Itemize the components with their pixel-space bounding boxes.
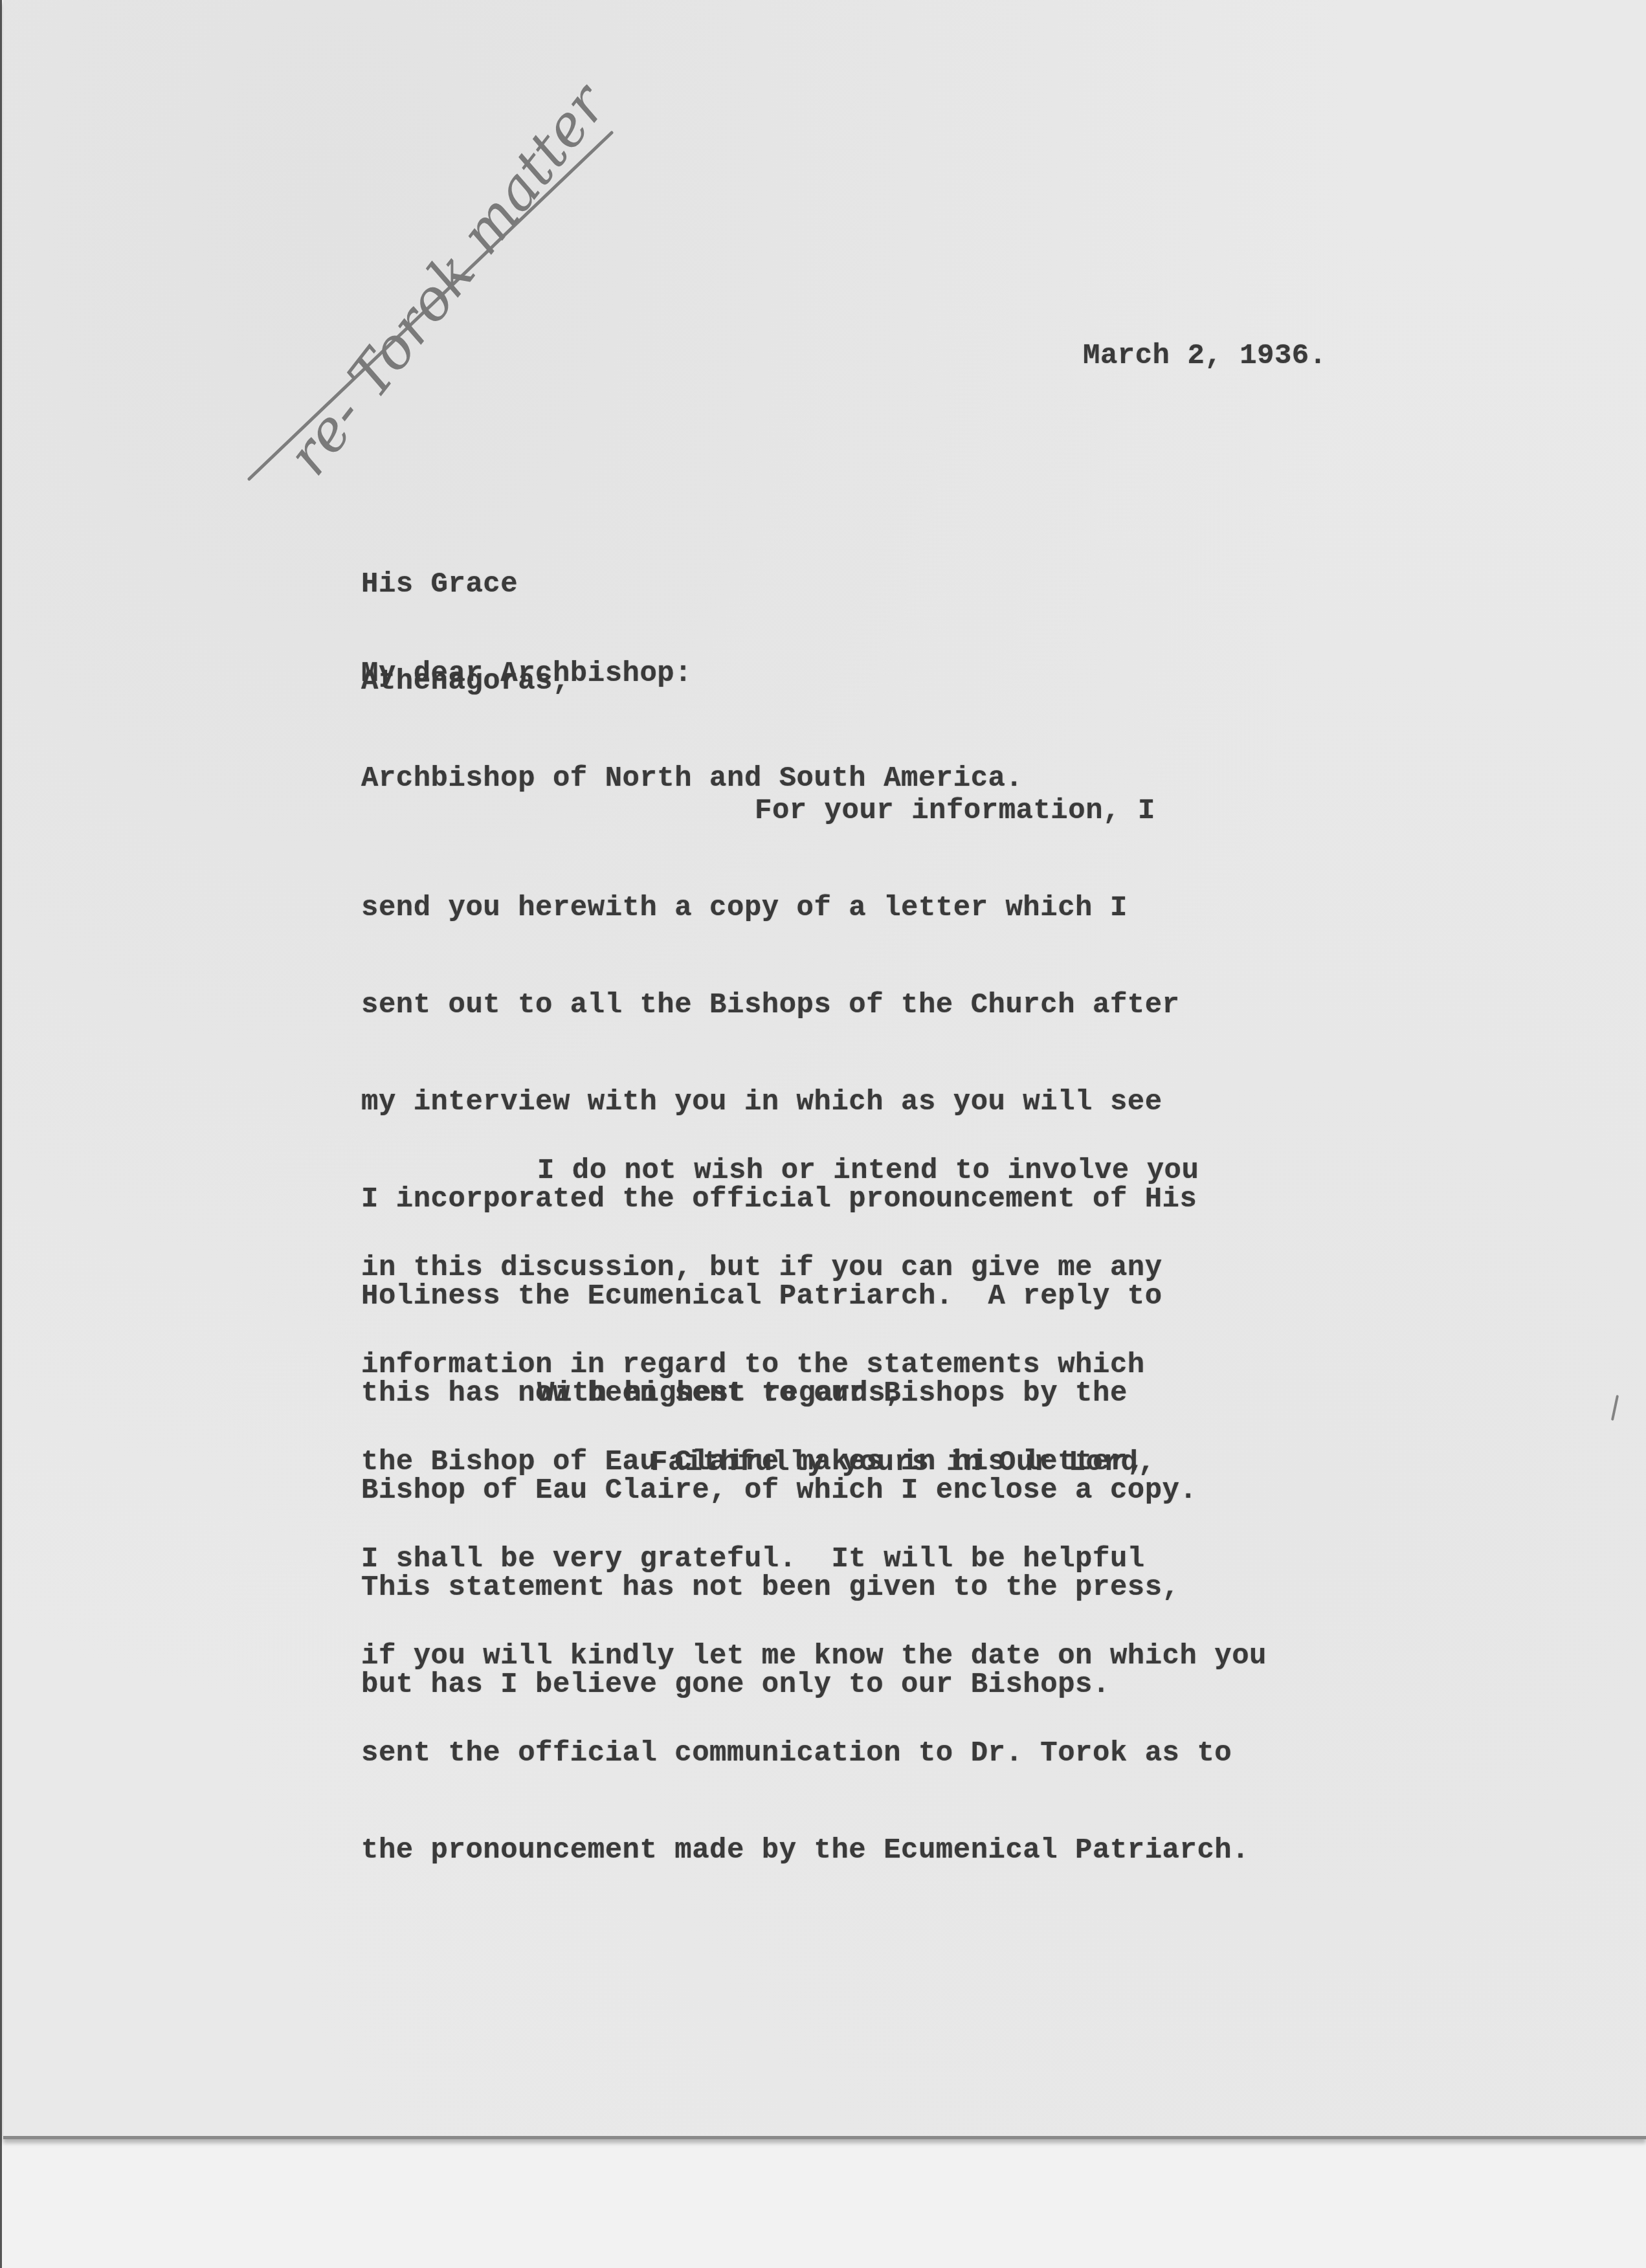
closing: With highest regards, xyxy=(537,1377,903,1410)
text-line: sent out to all the Bishops of the Churc… xyxy=(361,989,1197,1021)
scanner-edge xyxy=(0,0,2,2268)
handwritten-annotation: re- Torok matter xyxy=(178,117,631,492)
text-line: I shall be very grateful. It will be hel… xyxy=(361,1543,1267,1575)
letter-page: re- Torok matter March 2, 1936. His Grac… xyxy=(3,0,1646,2139)
text-line: send you herewith a copy of a letter whi… xyxy=(361,892,1197,924)
text-line: I do not wish or intend to involve you xyxy=(361,1155,1267,1187)
text-line: if you will kindly let me know the date … xyxy=(361,1640,1267,1673)
text-line: For your information, I xyxy=(361,795,1197,827)
text-line: in this discussion, but if you can give … xyxy=(361,1252,1267,1284)
address-line: His Grace xyxy=(361,568,1023,601)
letter-date: March 2, 1936. xyxy=(1083,340,1327,372)
text-line: sent the official communication to Dr. T… xyxy=(361,1737,1267,1770)
text-line: information in regard to the statements … xyxy=(361,1349,1267,1381)
paragraph-2: I do not wish or intend to involve you i… xyxy=(361,1090,1267,1931)
salutation: My dear Archbishop: xyxy=(361,658,692,690)
text-line: the pronouncement made by the Ecumenical… xyxy=(361,1834,1267,1867)
valediction: Faithfully yours in Our Lord, xyxy=(651,1447,1155,1479)
pencil-mark-icon xyxy=(1611,1395,1619,1421)
